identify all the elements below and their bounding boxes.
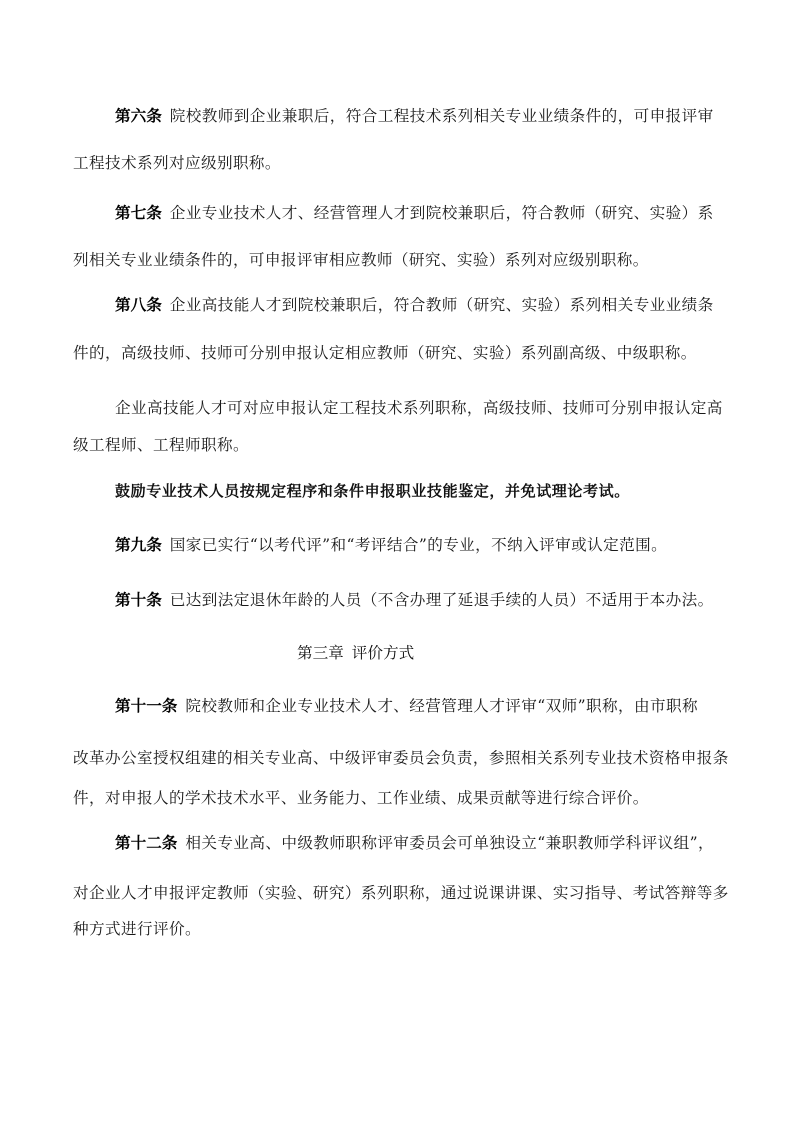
article-label: 第八条 [115,296,162,314]
article-label: 第十二条 [115,834,177,852]
article-8-line-1: 第八条企业高技能人才到院校兼职后，符合教师（研究、实验）系列相关专业业绩条 [115,295,775,315]
article-12-line-1: 第十二条相关专业高、中级教师职称评审委员会可单独设立“兼职教师学科评议组”， [115,833,775,853]
article-9-line-1: 第九条国家已实行“以考代评”和“考评结合”的专业，不纳入评审或认定范围。 [115,535,775,555]
article-12-line-3: 种方式进行评价。 [73,919,733,939]
chapter-title: 评价方式 [352,644,414,662]
chapter-heading: 第三章评价方式 [297,643,414,663]
article-6-line-1: 第六条院校教师到企业兼职后，符合工程技术系列相关专业业绩条件的，可申报评审 [115,106,775,126]
article-11-line-3: 件，对申报人的学术技术水平、业务能力、工作业绩、成果贡献等进行综合评价。 [73,788,733,808]
encourage-paragraph: 鼓励专业技术人员按规定程序和条件申报职业技能鉴定，并免试理论考试。 [115,481,775,501]
article-8-p2-line-2: 级工程师、工程师职称。 [73,435,733,455]
article-6-line-2: 工程技术系列对应级别职称。 [73,153,733,173]
article-11-line-2: 改革办公室授权组建的相关专业高、中级评审委员会负责，参照相关系列专业技术资格申报… [73,748,733,768]
article-8-line-2: 件的，高级技师、技师可分别申报认定相应教师（研究、实验）系列副高级、中级职称。 [73,343,733,363]
article-label: 第十一条 [115,697,177,715]
article-12-line-2: 对企业人才申报评定教师（实验、研究）系列职称，通过说课讲课、实习指导、考试答辩等… [73,883,733,903]
article-11-line-1: 第十一条院校教师和企业专业技术人才、经营管理人才评审“双师”职称，由市职称 [115,696,775,716]
article-10-line-1: 第十条已达到法定退休年龄的人员（不含办理了延退手续的人员）不适用于本办法。 [115,590,775,610]
chapter-number: 第三章 [297,644,344,662]
article-label: 第六条 [115,107,162,125]
article-7-line-2: 列相关专业业绩条件的，可申报评审相应教师（研究、实验）系列对应级别职称。 [73,250,733,270]
article-label: 第十条 [115,591,162,609]
document-page: 第六条院校教师到企业兼职后，符合工程技术系列相关专业业绩条件的，可申报评审 工程… [0,0,793,1122]
article-7-line-1: 第七条企业专业技术人才、经营管理人才到院校兼职后，符合教师（研究、实验）系 [115,203,775,223]
article-8-p2-line-1: 企业高技能人才可对应申报认定工程技术系列职称，高级技师、技师可分别申报认定高 [115,398,775,418]
article-label: 第九条 [115,536,162,554]
article-label: 第七条 [115,204,162,222]
